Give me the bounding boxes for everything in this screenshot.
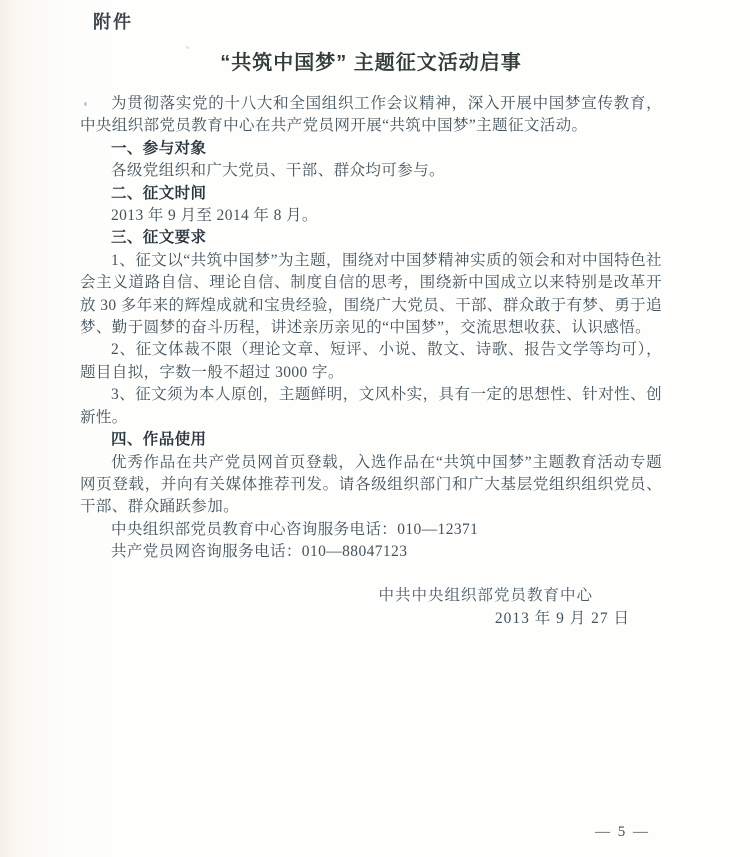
page-number: — 5 — bbox=[595, 824, 650, 841]
contact-phone-line-2: 共产党员网咨询服务电话：010—88047123 bbox=[80, 541, 662, 563]
section-heading-participants: 一、参与对象 bbox=[80, 138, 662, 160]
section-paragraph: 3、征文须为本人原创，主题鲜明，文风朴实，具有一定的思想性、针对性、创新性。 bbox=[80, 384, 662, 429]
section-paragraph: 2013 年 9 月至 2014 年 8 月。 bbox=[80, 205, 662, 227]
signature-block: 中共中央组织部党员教育中心 2013 年 9 月 27 日 bbox=[80, 584, 662, 630]
contact-phone-line-1: 中央组织部党员教育中心咨询服务电话：010—12371 bbox=[80, 519, 662, 541]
signature-date: 2013 年 9 月 27 日 bbox=[80, 607, 662, 630]
scan-speck bbox=[186, 46, 189, 49]
scan-speck bbox=[84, 102, 87, 106]
intro-paragraph: 为贯彻落实党的十八大和全国组织工作会议精神，深入开展中国梦宣传教育，中央组织部党… bbox=[80, 93, 662, 138]
section-heading-usage: 四、作品使用 bbox=[80, 429, 662, 451]
document-content: 附件 “共筑中国梦” 主题征文活动启事 为贯彻落实党的十八大和全国组织工作会议精… bbox=[0, 0, 750, 630]
section-paragraph: 各级党组织和广大党员、干部、群众均可参与。 bbox=[80, 160, 662, 182]
section-paragraph: 1、征文以“共筑中国梦”为主题，围绕对中国梦精神实质的领会和对中国特色社会主义道… bbox=[80, 250, 662, 340]
section-heading-requirements: 三、征文要求 bbox=[80, 227, 662, 249]
signature-org: 中共中央组织部党员教育中心 bbox=[80, 584, 662, 607]
section-paragraph: 2、征文体裁不限（理论文章、短评、小说、散文、诗歌、报告文学等均可），题目自拟，… bbox=[80, 339, 662, 384]
scan-speck bbox=[560, 122, 564, 124]
document-title: “共筑中国梦” 主题征文活动启事 bbox=[80, 49, 662, 77]
section-heading-timeframe: 二、征文时间 bbox=[80, 183, 662, 205]
scanned-document-page: 附件 “共筑中国梦” 主题征文活动启事 为贯彻落实党的十八大和全国组织工作会议精… bbox=[0, 0, 750, 857]
section-paragraph: 优秀作品在共产党员网首页登载，入选作品在“共筑中国梦”主题教育活动专题网页登载，… bbox=[80, 452, 662, 519]
attachment-label: 附件 bbox=[93, 10, 662, 34]
